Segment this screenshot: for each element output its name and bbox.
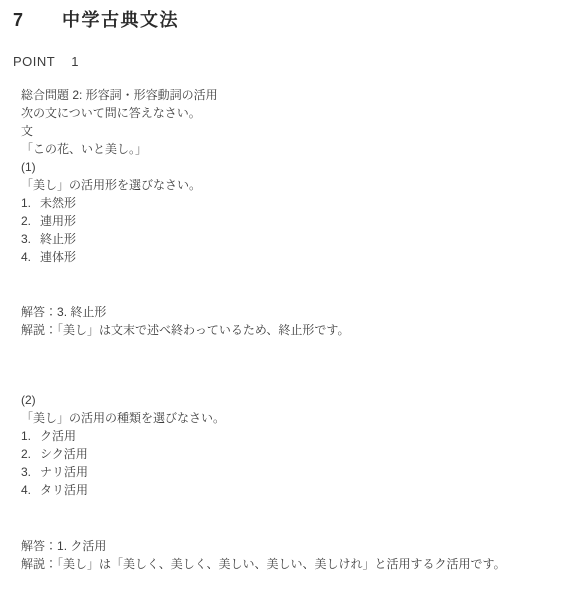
unit-number: 7 xyxy=(13,10,62,31)
doc-header: 7 中学古典文法 xyxy=(13,6,179,32)
explanation-label: 解説： xyxy=(21,323,57,337)
answer-label: 解答： xyxy=(21,305,57,319)
choice-label: シク活用 xyxy=(40,445,88,463)
answer1-line: 解答：3. 終止形 xyxy=(21,303,578,321)
choice-item: 1. ク活用 xyxy=(21,427,578,445)
choice-number: 2. xyxy=(21,212,40,230)
question2-choices: 1. ク活用 2. シク活用 3. ナリ活用 4. タリ活用 xyxy=(21,427,578,499)
page-title: 中学古典文法 xyxy=(62,6,179,32)
choice-label: 連体形 xyxy=(40,248,76,266)
explanation-value: 「美し」は文末で述べ終わっているため、終止形です。 xyxy=(57,323,349,337)
choice-label: ク活用 xyxy=(40,427,76,445)
choice-label: 連用形 xyxy=(40,212,76,230)
explanation-value: 「美し」は「美しく、美しく、美しい、美しい、美しけれ」と活用するク活用です。 xyxy=(57,557,506,571)
answer1-section: 解答：3. 終止形 解説：「美し」は文末で述べ終わっているため、終止形です。 xyxy=(21,303,578,339)
question1-prompt: 「美し」の活用形を選びなさい。 xyxy=(21,176,578,194)
choice-number: 3. xyxy=(21,463,40,481)
choice-item: 1. 未然形 xyxy=(21,194,578,212)
choice-number: 1. xyxy=(21,194,40,212)
point-label: POINT xyxy=(13,54,55,69)
choice-label: 未然形 xyxy=(40,194,76,212)
explanation-label: 解説： xyxy=(21,557,57,571)
answer-value: 1. ク活用 xyxy=(57,539,106,553)
sentence-label: 文 xyxy=(21,122,578,140)
choice-item: 3. 終止形 xyxy=(21,230,578,248)
choice-label: 終止形 xyxy=(40,230,76,248)
answer2-section: 解答：1. ク活用 解説：「美し」は「美しく、美しく、美しい、美しい、美しけれ」… xyxy=(21,537,578,573)
question1-number: (1) xyxy=(21,158,578,176)
point-number: 1 xyxy=(71,54,79,69)
answer-value: 3. 終止形 xyxy=(57,305,106,319)
document-page: 7 中学古典文法 POINT 1 総合問題 2: 形容詞・形容動詞の活用 次の文… xyxy=(0,0,586,600)
choice-item: 4. タリ活用 xyxy=(21,481,578,499)
question2-section: (2) 「美し」の活用の種類を選びなさい。 1. ク活用 2. シク活用 3. … xyxy=(21,391,578,499)
choice-item: 2. シク活用 xyxy=(21,445,578,463)
problem-instruction: 次の文について問に答えなさい。 xyxy=(21,104,578,122)
problem-sentence: 「この花、いと美し。」 xyxy=(21,140,578,158)
choice-item: 2. 連用形 xyxy=(21,212,578,230)
point-row: POINT 1 xyxy=(13,54,79,69)
choice-number: 2. xyxy=(21,445,40,463)
question1-choices: 1. 未然形 2. 連用形 3. 終止形 4. 連体形 xyxy=(21,194,578,266)
answer-label: 解答： xyxy=(21,539,57,553)
question2-prompt: 「美し」の活用の種類を選びなさい。 xyxy=(21,409,578,427)
choice-item: 3. ナリ活用 xyxy=(21,463,578,481)
choice-number: 4. xyxy=(21,481,40,499)
choice-label: ナリ活用 xyxy=(40,463,88,481)
choice-item: 4. 連体形 xyxy=(21,248,578,266)
problem-section: 総合問題 2: 形容詞・形容動詞の活用 次の文について問に答えなさい。 文 「こ… xyxy=(21,86,578,266)
question2-number: (2) xyxy=(21,391,578,409)
explanation1-line: 解説：「美し」は文末で述べ終わっているため、終止形です。 xyxy=(21,321,578,339)
choice-label: タリ活用 xyxy=(40,481,88,499)
choice-number: 4. xyxy=(21,248,40,266)
choice-number: 1. xyxy=(21,427,40,445)
answer2-line: 解答：1. ク活用 xyxy=(21,537,578,555)
explanation2-line: 解説：「美し」は「美しく、美しく、美しい、美しい、美しけれ」と活用するク活用です… xyxy=(21,555,578,573)
choice-number: 3. xyxy=(21,230,40,248)
problem-heading: 総合問題 2: 形容詞・形容動詞の活用 xyxy=(21,86,578,104)
